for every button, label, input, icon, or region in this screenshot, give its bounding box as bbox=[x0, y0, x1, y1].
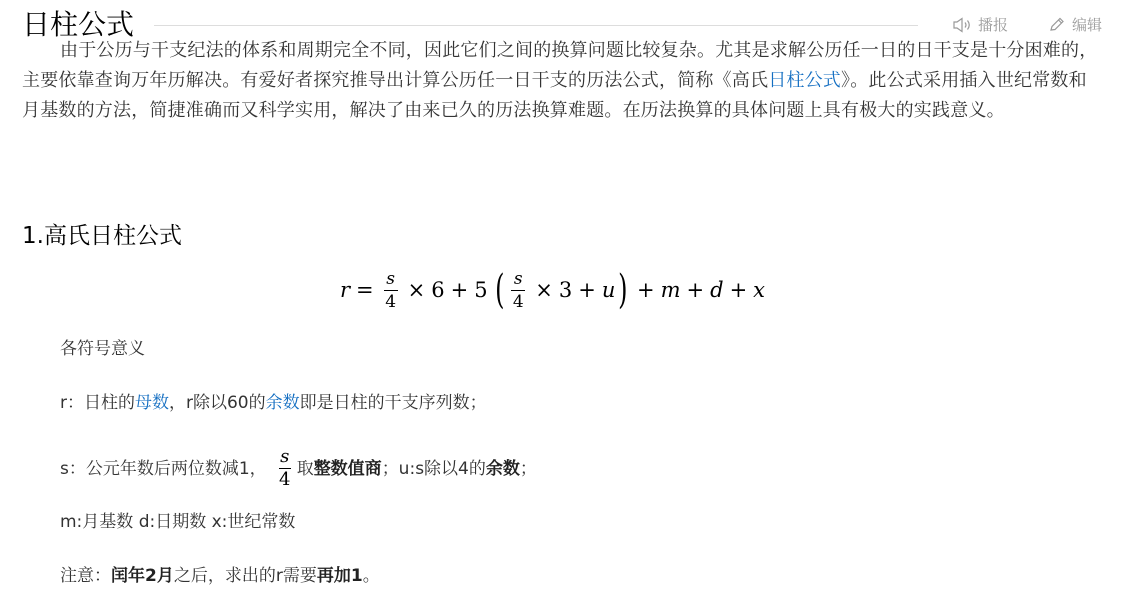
pencil-icon bbox=[1048, 17, 1066, 33]
intro-paragraph: 由于公历与干支纪法的体系和周期完全不同，因此它们之间的换算问题比较复杂。尤其是求… bbox=[22, 36, 1102, 126]
s-u-definition: s：公元年数后两位数减1，s4取整数值商；u:s除以4的余数； bbox=[60, 448, 537, 489]
left-paren: ( bbox=[495, 270, 504, 310]
fraction-bar bbox=[511, 290, 525, 291]
times: × bbox=[535, 278, 553, 302]
add-one-bold: 再加1 bbox=[317, 566, 363, 586]
denominator: 4 bbox=[279, 471, 290, 489]
s-def-text: 取 bbox=[297, 456, 314, 482]
num-5: 5 bbox=[474, 278, 487, 302]
var-d: d bbox=[710, 278, 723, 302]
fraction-s-over-4-inline: s4 bbox=[279, 448, 291, 489]
leap-year-note: 注意：闰年2月之后，求出的r需要再加1。 bbox=[60, 563, 380, 589]
var-x: x bbox=[753, 278, 765, 302]
section-title: 1.高氏日柱公式 bbox=[22, 220, 182, 252]
r-definition: r：日柱的母数，r除以60的余数即是日柱的干支序列数； bbox=[60, 390, 487, 416]
s-def-text: s：公元年数后两位数减1， bbox=[60, 456, 267, 482]
fraction-s-over-4: s 4 bbox=[384, 270, 398, 311]
fraction-s-over-4-inner: s 4 bbox=[511, 270, 525, 311]
plus: + bbox=[687, 278, 705, 302]
remainder-bold: 余数 bbox=[486, 456, 520, 482]
note-text: 注意： bbox=[60, 566, 111, 586]
yushu-link[interactable]: 余数 bbox=[266, 393, 300, 413]
plus: + bbox=[730, 278, 748, 302]
numerator: s bbox=[280, 448, 289, 466]
edit-button[interactable]: 编辑 bbox=[1048, 15, 1102, 35]
numerator: s bbox=[514, 270, 523, 288]
plus: + bbox=[451, 278, 469, 302]
play-audio-button[interactable]: 播报 bbox=[952, 15, 1008, 35]
fraction-bar bbox=[384, 290, 398, 291]
r-def-text: r：日柱的 bbox=[60, 393, 135, 413]
var-r: r bbox=[340, 278, 350, 302]
num-3: 3 bbox=[559, 278, 572, 302]
rizhu-formula-link[interactable]: 日柱公式 bbox=[768, 70, 841, 91]
plus: + bbox=[637, 278, 655, 302]
integer-quotient-bold: 整数值商 bbox=[314, 456, 382, 482]
mushu-link[interactable]: 母数 bbox=[135, 393, 169, 413]
num-6: 6 bbox=[431, 278, 444, 302]
gao-rizhu-formula: r = s 4 × 6 + 5 ( s 4 × 3 + u ) + m + d … bbox=[340, 262, 765, 318]
equals: = bbox=[356, 278, 374, 302]
note-text: 。 bbox=[363, 566, 380, 586]
denominator: 4 bbox=[513, 293, 524, 311]
plus: + bbox=[578, 278, 596, 302]
r-def-text: ，r除以60的 bbox=[169, 393, 266, 413]
leap-feb-bold: 闰年2月 bbox=[111, 566, 174, 586]
var-u: u bbox=[602, 278, 616, 302]
note-text: 之后，求出的r需要 bbox=[174, 566, 317, 586]
play-label: 播报 bbox=[978, 15, 1008, 35]
r-def-text: 即是日柱的干支序列数； bbox=[300, 393, 487, 413]
var-m: m bbox=[661, 278, 681, 302]
title-divider bbox=[154, 25, 918, 26]
times: × bbox=[408, 278, 426, 302]
right-paren: ) bbox=[618, 270, 627, 310]
edit-label: 编辑 bbox=[1072, 15, 1102, 35]
u-def-text: ； bbox=[520, 456, 537, 482]
speaker-icon bbox=[952, 17, 972, 33]
u-def-text: ；u:s除以4的 bbox=[382, 456, 486, 482]
denominator: 4 bbox=[385, 293, 396, 311]
legend-title: 各符号意义 bbox=[60, 336, 145, 362]
numerator: s bbox=[386, 270, 395, 288]
m-d-x-definition: m:月基数 d:日期数 x:世纪常数 bbox=[60, 509, 295, 535]
